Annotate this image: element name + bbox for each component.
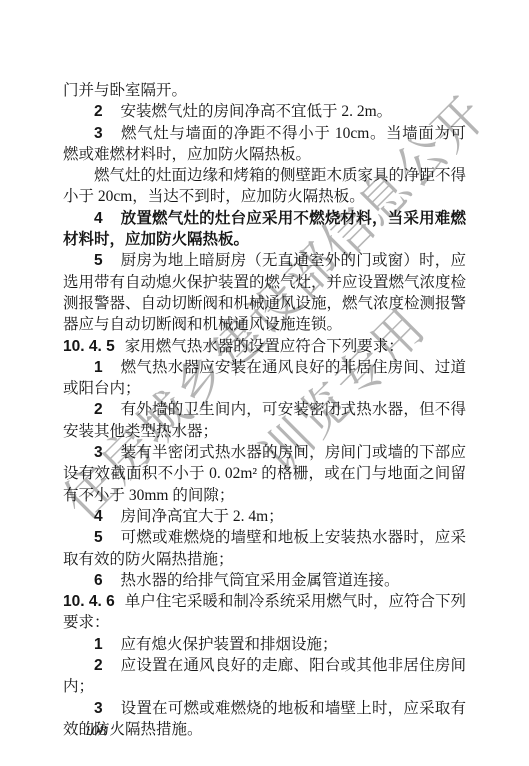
item-text: 热水器的给排气筒宜采用金属管道连接。	[120, 572, 399, 589]
section-number: 10. 4. 6	[63, 593, 115, 610]
item-number: 6	[94, 572, 103, 589]
section-title: 家用燃气热水器的设置应符合下列要求：	[125, 338, 404, 355]
item-number: 2	[94, 103, 103, 120]
section-heading-10-4-5: 10. 4. 5家用燃气热水器的设置应符合下列要求：	[63, 336, 466, 357]
text-column: 门并与卧室隔开。 2安装燃气灶的房间净高不宜低于 2. 2m。 3燃气灶与墙面的…	[63, 80, 466, 740]
list-item: 4房间净高宜大于 2. 4m；	[63, 506, 466, 527]
list-item: 3燃气灶与墙面的净距不得小于 10cm。当墙面为可燃或难燃材料时，应加防火隔热板…	[63, 123, 466, 166]
item-text: 安装燃气灶的房间净高不宜低于 2. 2m。	[120, 103, 392, 120]
item-number: 1	[94, 636, 103, 653]
item-text: 房间净高宜大于 2. 4m；	[120, 508, 283, 525]
item-number: 2	[94, 401, 103, 418]
section-title: 单户住宅采暖和制冷系统采用燃气时，应符合下列要求：	[63, 593, 466, 631]
item-text: 应有熄火保护装置和排烟设施；	[120, 636, 337, 653]
page-number: 108	[84, 723, 107, 740]
document-page: 住房城乡建设部信息公开 训览专用 门并与卧室隔开。 2安装燃气灶的房间净高不宜低…	[0, 0, 529, 766]
item-text: 燃气热水器应安装在通风良好的非居住房间、过道或阳台内；	[63, 359, 466, 397]
list-item: 3装有半密闭式热水器的房间，房间门或墙的下部应设有效截面积不小于 0. 02m²…	[63, 442, 466, 506]
paragraph-continuation: 门并与卧室隔开。	[63, 80, 466, 101]
list-item: 3设置在可燃或难燃烧的地板和墙壁上时，应采取有效的防火隔热措施。	[63, 698, 466, 741]
section-number: 10. 4. 5	[63, 338, 115, 355]
list-item: 2应设置在通风良好的走廊、阳台或其他非居住房间内；	[63, 655, 466, 698]
section-heading-10-4-6: 10. 4. 6单户住宅采暖和制冷系统采用燃气时，应符合下列要求：	[63, 591, 466, 634]
item-text: 可燃或难燃烧的墙壁和地板上安装热水器时，应采取有效的防火隔热措施；	[63, 529, 466, 567]
item-number: 5	[94, 252, 103, 269]
item-number: 3	[94, 125, 103, 142]
item-number: 1	[94, 359, 103, 376]
item-number: 4	[94, 508, 103, 525]
item-text: 有外墙的卫生间内，可安装密闭式热水器，但不得安装其他类型热水器；	[63, 401, 466, 439]
list-item: 5厨房为地上暗厨房（无直通室外的门或窗）时，应选用带有自动熄火保护装置的燃气灶，…	[63, 250, 466, 335]
item-number: 3	[94, 700, 103, 717]
list-item: 1燃气热水器应安装在通风良好的非居住房间、过道或阳台内；	[63, 357, 466, 400]
list-item: 1应有熄火保护装置和排烟设施；	[63, 634, 466, 655]
paragraph-text: 门并与卧室隔开。	[63, 82, 187, 99]
item-text: 厨房为地上暗厨房（无直通室外的门或窗）时，应选用带有自动熄火保护装置的燃气灶，并…	[63, 252, 466, 333]
item-text: 装有半密闭式热水器的房间，房间门或墙的下部应设有效截面积不小于 0. 02m² …	[63, 444, 466, 504]
paragraph: 燃气灶的灶面边缘和烤箱的侧壁距木质家具的净距不得小于 20cm，当达不到时，应加…	[63, 165, 466, 208]
list-item: 5可燃或难燃烧的墙壁和地板上安装热水器时，应采取有效的防火隔热措施；	[63, 527, 466, 570]
item-text: 燃气灶与墙面的净距不得小于 10cm。当墙面为可燃或难燃材料时，应加防火隔热板。	[63, 125, 466, 163]
item-number: 2	[94, 657, 103, 674]
paragraph-text: 燃气灶的灶面边缘和烤箱的侧壁距木质家具的净距不得小于 20cm，当达不到时，应加…	[63, 167, 466, 205]
item-number: 3	[94, 444, 103, 461]
list-item-bold: 4放置燃气灶的灶台应采用不燃烧材料，当采用难燃材料时，应加防火隔热板。	[63, 208, 466, 251]
list-item: 2有外墙的卫生间内，可安装密闭式热水器，但不得安装其他类型热水器；	[63, 399, 466, 442]
item-text: 应设置在通风良好的走廊、阳台或其他非居住房间内；	[63, 657, 466, 695]
item-text: 放置燃气灶的灶台应采用不燃烧材料，当采用难燃材料时，应加防火隔热板。	[63, 210, 466, 248]
list-item: 2安装燃气灶的房间净高不宜低于 2. 2m。	[63, 101, 466, 122]
item-text: 设置在可燃或难燃烧的地板和墙壁上时，应采取有效的防火隔热措施。	[63, 700, 466, 738]
item-number: 4	[94, 210, 103, 227]
item-number: 5	[94, 529, 103, 546]
list-item: 6热水器的给排气筒宜采用金属管道连接。	[63, 570, 466, 591]
